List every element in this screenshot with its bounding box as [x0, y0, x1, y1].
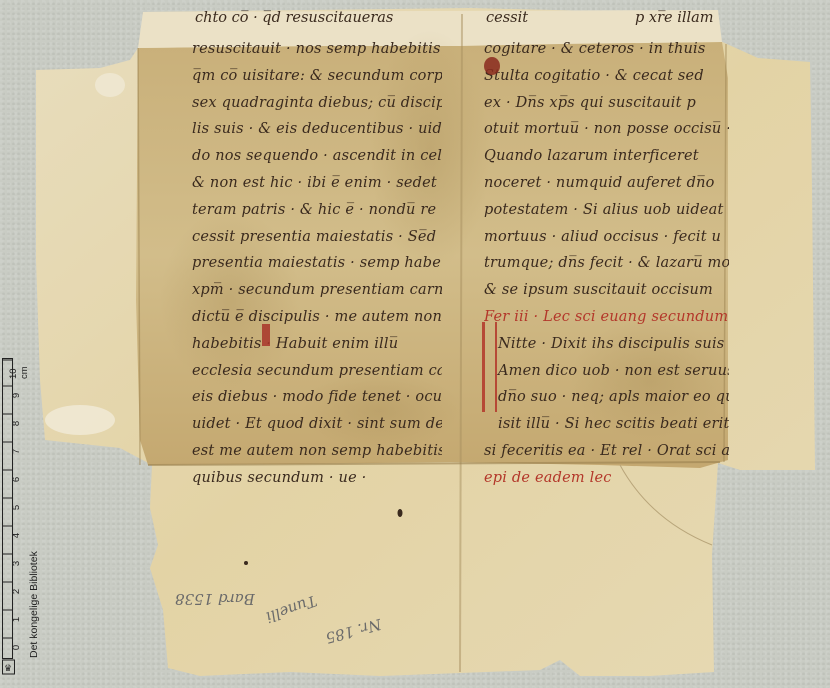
left-line: resuscitauit · nos semp habebitis: [192, 36, 442, 63]
right-line: ex · Dn̅s xp̅s qui suscitauit p: [484, 90, 729, 117]
crown-logo-icon: ♛: [4, 664, 12, 674]
tick-5: 5: [11, 505, 22, 510]
red-initial-i: [482, 322, 497, 412]
left-line: xpm̅ · secundum presentiam carnis · rect…: [192, 277, 442, 304]
right-line: isit illu̅ · Si hec scitis beati eritis: [484, 411, 729, 438]
right-line: cogitare · & ceteros · in thuis: [484, 36, 729, 63]
left-line: est me autem non semp habebitis: [192, 438, 442, 465]
right-line: trumque; dn̅s fecit · & lazaru̅ mortuu̅: [484, 250, 729, 277]
right-line-rubric: epi de eadem lec: [484, 465, 729, 492]
right-line: mortuus · aliud occisus · fecit u: [484, 224, 729, 251]
left-line: eis diebus · modo fide tenet · oculis: [192, 384, 442, 411]
tick-8: 8: [11, 421, 22, 426]
tick-4: 4: [11, 533, 22, 538]
left-line: dictu̅ e̅ discipulis · me autem non semp: [192, 304, 442, 331]
manuscript-left-column: resuscitauit · nos semp habebitis q̅m co…: [192, 36, 442, 492]
tick-7: 7: [11, 449, 22, 454]
left-line: presentia maiestatis · semp habem: [192, 250, 442, 277]
right-line: Amen dico uob · non est seruus maior: [484, 358, 729, 385]
red-initial-h: [262, 324, 270, 346]
tick-10: 10 cm: [8, 365, 30, 379]
left-line: q̅m co̅ uisitare: & secundum corpus ista: [192, 63, 442, 90]
left-line: & non est hic · ibi e̅ enim · sedet ad d…: [192, 170, 442, 197]
institution-label: Det kongelige Bibliotek: [28, 551, 40, 658]
right-line-rubric: Fer iii · Lec sci euang secundum ioh: [484, 304, 729, 331]
left-line: cessit presentia maiestatis · Se̅d: [192, 224, 442, 251]
left-line: lis suis · & eis deducentibus · uiden: [192, 116, 442, 143]
left-line: ecclesia secundum presentiam carnis: [192, 358, 442, 385]
left-line: habebitis · Habuit enim illu̅: [192, 331, 442, 358]
right-line: & se ipsum suscitauit occisum: [484, 277, 729, 304]
left-line: sex quadraginta diebus; cu̅ discipu: [192, 90, 442, 117]
right-line: Stulta cogitatio · & cecat sed: [484, 63, 729, 90]
right-line: si feceritis ea · Et rel · Orat sci ag: [484, 438, 729, 465]
manuscript-right-column: cogitare · & ceteros · in thuis Stulta c…: [484, 36, 729, 492]
left-line: teram patris · & hic e̅ · nondu̅ re: [192, 197, 442, 224]
top-strip-right-text: p xr̅e illam: [635, 10, 714, 26]
right-line: otuit mortuu̅ · non posse occisu̅ ·: [484, 116, 729, 143]
tick-9: 9: [11, 393, 22, 398]
tick-1: 1: [11, 617, 22, 622]
pencil-annotation: Bard 1538: [175, 590, 255, 608]
left-line: quibus secundum · ue ·: [192, 465, 442, 492]
top-strip-left-text: chto co̅ · q̅d resuscitaueras: [195, 10, 393, 26]
right-line: noceret · numquid auferet dn̅o: [484, 170, 729, 197]
right-line: potestatem · Si alius uob uideat: [484, 197, 729, 224]
tick-0: 0: [11, 645, 22, 650]
ruler-ticks: 10 cm 9 8 7 6 5 4 3 2 1 0: [14, 358, 26, 658]
red-initial-d: [484, 57, 500, 75]
left-line: uidet · Et quod dixit · sint sum de: [192, 411, 442, 438]
right-column-first-word: cessit: [486, 10, 528, 26]
right-line: Quando lazarum interficeret: [484, 143, 729, 170]
left-line: do nos sequendo · ascendit in celum.: [192, 143, 442, 170]
tick-3: 3: [11, 561, 22, 566]
tick-2: 2: [11, 589, 22, 594]
right-line: dn̅o suo · neq; apls maior eo qui m: [484, 384, 729, 411]
tick-6: 6: [11, 477, 22, 482]
right-line: Nitte · Dixit ihs discipulis suis · Ame̅: [484, 331, 729, 358]
